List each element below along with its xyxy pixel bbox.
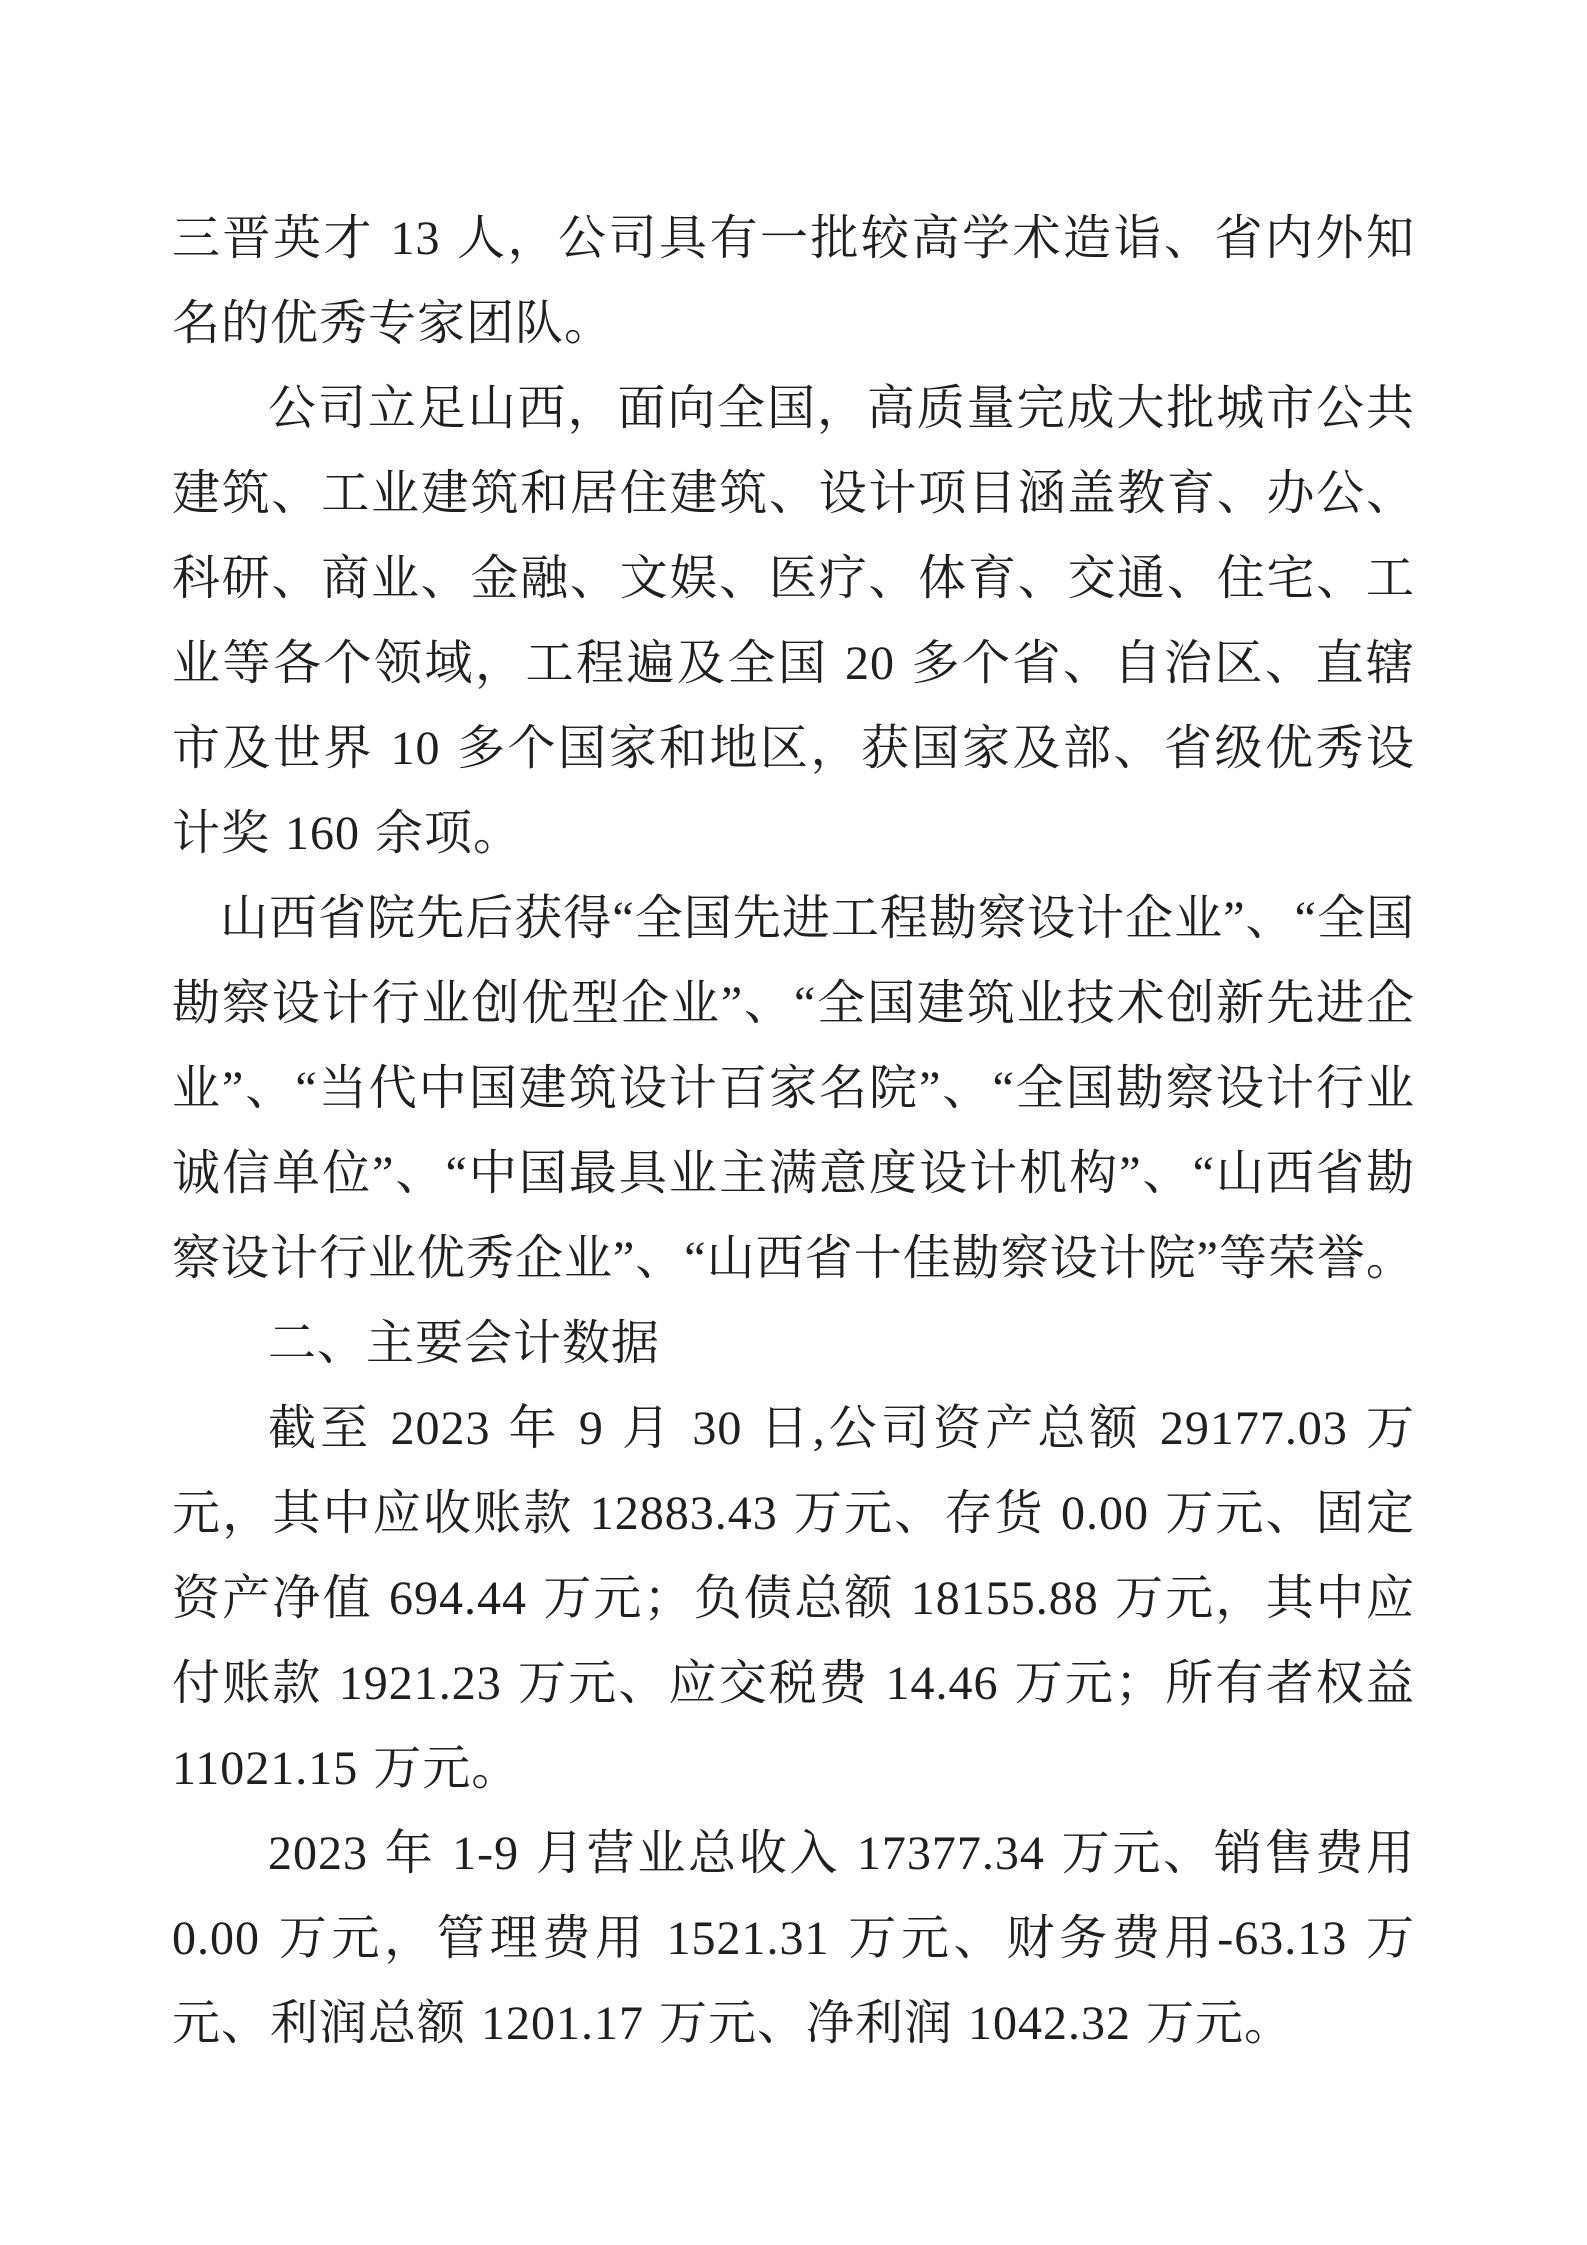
paragraph-honors: 山西省院先后获得“全国先进工程勘察设计企业”、“全国勘察设计行业创优型企业”、“…	[172, 876, 1415, 1301]
paragraph-income-statement-figures: 2023 年 1-9 月营业总收入 17377.34 万元、销售费用 0.00 …	[172, 1811, 1415, 2066]
document-body: 三晋英才 13 人，公司具有一批较高学术造诣、省内外知名的优秀专家团队。 公司立…	[172, 196, 1415, 2066]
paragraph-continuation-experts: 三晋英才 13 人，公司具有一批较高学术造诣、省内外知名的优秀专家团队。	[172, 196, 1415, 366]
section-heading-accounting-data: 二、主要会计数据	[172, 1301, 1415, 1386]
document-page: 三晋英才 13 人，公司具有一批较高学术造诣、省内外知名的优秀专家团队。 公司立…	[0, 0, 1587, 2245]
paragraph-balance-sheet-figures: 截至 2023 年 9 月 30 日,公司资产总额 29177.03 万元，其中…	[172, 1386, 1415, 1811]
paragraph-company-scope: 公司立足山西，面向全国，高质量完成大批城市公共建筑、工业建筑和居住建筑、设计项目…	[172, 366, 1415, 876]
